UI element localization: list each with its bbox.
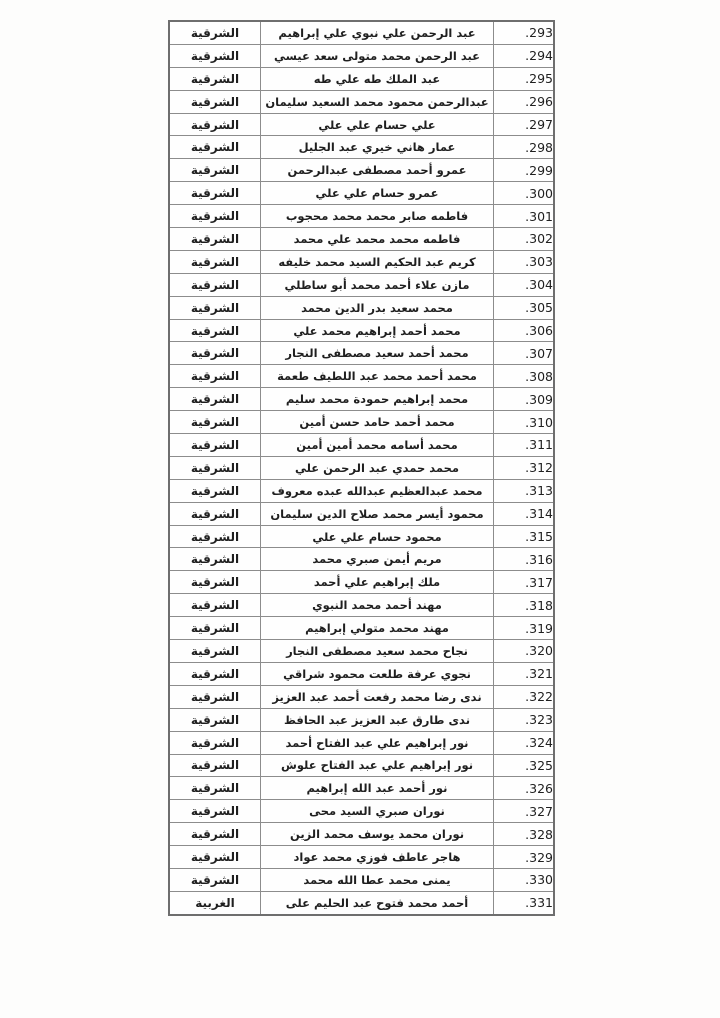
serial-number: .313 bbox=[494, 479, 555, 502]
person-name: نور إبراهيم علي عبد الفتاح أحمد bbox=[261, 731, 494, 754]
person-name: مهند أحمد محمد النبوي bbox=[261, 594, 494, 617]
governorate: الشرقية bbox=[169, 571, 261, 594]
person-name: عمار هاني خيري عبد الجليل bbox=[261, 136, 494, 159]
governorate: الشرقية bbox=[169, 823, 261, 846]
serial-number: .297 bbox=[494, 113, 555, 136]
person-name: مازن علاء أحمد محمد أبو ساطلي bbox=[261, 273, 494, 296]
governorate: الشرقية bbox=[169, 434, 261, 457]
serial-number: .293 bbox=[494, 21, 555, 44]
governorate: الشرقية bbox=[169, 250, 261, 273]
governorate: الشرقية bbox=[169, 868, 261, 891]
person-name: نوران صبري السيد محى bbox=[261, 800, 494, 823]
governorate: الغربية bbox=[169, 891, 261, 914]
serial-number: .314 bbox=[494, 502, 555, 525]
governorate: الشرقية bbox=[169, 136, 261, 159]
names-table: .293 عبد الرحمن علي نبوي علي إبراهيم الش… bbox=[168, 20, 555, 916]
serial-number: .322 bbox=[494, 685, 555, 708]
person-name: محمد أحمد إبراهيم محمد علي bbox=[261, 319, 494, 342]
table-row: .306 محمد أحمد إبراهيم محمد علي الشرقية bbox=[169, 319, 554, 342]
serial-number: .327 bbox=[494, 800, 555, 823]
serial-number: .301 bbox=[494, 205, 555, 228]
governorate: الشرقية bbox=[169, 67, 261, 90]
governorate: الشرقية bbox=[169, 777, 261, 800]
serial-number: .298 bbox=[494, 136, 555, 159]
serial-number: .300 bbox=[494, 182, 555, 205]
governorate: الشرقية bbox=[169, 502, 261, 525]
governorate: الشرقية bbox=[169, 594, 261, 617]
governorate: الشرقية bbox=[169, 182, 261, 205]
table-row: .302 فاطمه محمد محمد علي محمد الشرقية bbox=[169, 228, 554, 251]
table-row: .327 نوران صبري السيد محى الشرقية bbox=[169, 800, 554, 823]
table-row: .311 محمد أسامه محمد أمين أمين الشرقية bbox=[169, 434, 554, 457]
person-name: محمود أيسر محمد صلاح الدين سليمان bbox=[261, 502, 494, 525]
table-row: .299 عمرو أحمد مصطفى عبدالرحمن الشرقية bbox=[169, 159, 554, 182]
table-row: .298 عمار هاني خيري عبد الجليل الشرقية bbox=[169, 136, 554, 159]
table-row: .297 علي حسام علي علي الشرقية bbox=[169, 113, 554, 136]
person-name: عبد الرحمن محمد متولى سعد عيسي bbox=[261, 44, 494, 67]
serial-number: .296 bbox=[494, 90, 555, 113]
person-name: علي حسام علي علي bbox=[261, 113, 494, 136]
document-sheet: .293 عبد الرحمن علي نبوي علي إبراهيم الش… bbox=[0, 0, 720, 1018]
governorate: الشرقية bbox=[169, 479, 261, 502]
person-name: مريم أيمن صبري محمد bbox=[261, 548, 494, 571]
serial-number: .302 bbox=[494, 228, 555, 251]
serial-number: .328 bbox=[494, 823, 555, 846]
table-row: .309 محمد إبراهيم حمودة محمد سليم الشرقي… bbox=[169, 388, 554, 411]
table-row: .301 فاطمه صابر محمد محمد محجوب الشرقية bbox=[169, 205, 554, 228]
table-row: .319 مهند محمد متولي إبراهيم الشرقية bbox=[169, 617, 554, 640]
person-name: عبد الرحمن علي نبوي علي إبراهيم bbox=[261, 21, 494, 44]
table-row: .321 نجوي عرفة طلعت محمود شراقي الشرقية bbox=[169, 662, 554, 685]
person-name: محمد أحمد حامد حسن أمين bbox=[261, 411, 494, 434]
names-table-body: .293 عبد الرحمن علي نبوي علي إبراهيم الش… bbox=[169, 21, 554, 915]
person-name: نور أحمد عبد الله إبراهيم bbox=[261, 777, 494, 800]
person-name: محمد عبدالعظيم عبدالله عبده معروف bbox=[261, 479, 494, 502]
governorate: الشرقية bbox=[169, 846, 261, 869]
governorate: الشرقية bbox=[169, 640, 261, 663]
table-row: .303 كريم عبد الحكيم السيد محمد خليفه ال… bbox=[169, 250, 554, 273]
person-name: أحمد محمد فتوح عبد الحليم على bbox=[261, 891, 494, 914]
table-row: .317 ملك إبراهيم علي أحمد الشرقية bbox=[169, 571, 554, 594]
person-name: ندى طارق عبد العزيز عبد الحافظ bbox=[261, 708, 494, 731]
governorate: الشرقية bbox=[169, 296, 261, 319]
governorate: الشرقية bbox=[169, 685, 261, 708]
serial-number: .294 bbox=[494, 44, 555, 67]
table-row: .307 محمد أحمد سعيد مصطفى النجار الشرقية bbox=[169, 342, 554, 365]
table-row: .294 عبد الرحمن محمد متولى سعد عيسي الشر… bbox=[169, 44, 554, 67]
person-name: محمد إبراهيم حمودة محمد سليم bbox=[261, 388, 494, 411]
serial-number: .330 bbox=[494, 868, 555, 891]
table-row: .320 نجاح محمد سعيد مصطفى النجار الشرقية bbox=[169, 640, 554, 663]
person-name: ملك إبراهيم علي أحمد bbox=[261, 571, 494, 594]
serial-number: .311 bbox=[494, 434, 555, 457]
table-row: .316 مريم أيمن صبري محمد الشرقية bbox=[169, 548, 554, 571]
serial-number: .299 bbox=[494, 159, 555, 182]
table-row: .323 ندى طارق عبد العزيز عبد الحافظ الشر… bbox=[169, 708, 554, 731]
governorate: الشرقية bbox=[169, 228, 261, 251]
person-name: كريم عبد الحكيم السيد محمد خليفه bbox=[261, 250, 494, 273]
person-name: فاطمه صابر محمد محمد محجوب bbox=[261, 205, 494, 228]
serial-number: .305 bbox=[494, 296, 555, 319]
person-name: عمرو أحمد مصطفى عبدالرحمن bbox=[261, 159, 494, 182]
serial-number: .326 bbox=[494, 777, 555, 800]
serial-number: .308 bbox=[494, 365, 555, 388]
serial-number: .323 bbox=[494, 708, 555, 731]
governorate: الشرقية bbox=[169, 548, 261, 571]
person-name: محمد أحمد محمد عبد اللطيف طعمة bbox=[261, 365, 494, 388]
governorate: الشرقية bbox=[169, 159, 261, 182]
serial-number: .307 bbox=[494, 342, 555, 365]
table-row: .308 محمد أحمد محمد عبد اللطيف طعمة الشر… bbox=[169, 365, 554, 388]
serial-number: .325 bbox=[494, 754, 555, 777]
table-row: .330 يمنى محمد عطا الله محمد الشرقية bbox=[169, 868, 554, 891]
governorate: الشرقية bbox=[169, 617, 261, 640]
serial-number: .304 bbox=[494, 273, 555, 296]
table-row: .322 ندى رضا محمد رفعت أحمد عبد العزيز ا… bbox=[169, 685, 554, 708]
serial-number: .320 bbox=[494, 640, 555, 663]
person-name: يمنى محمد عطا الله محمد bbox=[261, 868, 494, 891]
governorate: الشرقية bbox=[169, 754, 261, 777]
table-row: .318 مهند أحمد محمد النبوي الشرقية bbox=[169, 594, 554, 617]
governorate: الشرقية bbox=[169, 365, 261, 388]
table-row: .300 عمرو حسام علي علي الشرقية bbox=[169, 182, 554, 205]
table-row: .325 نور إبراهيم علي عبد الفتاح علوش الش… bbox=[169, 754, 554, 777]
serial-number: .306 bbox=[494, 319, 555, 342]
table-row: .304 مازن علاء أحمد محمد أبو ساطلي الشرق… bbox=[169, 273, 554, 296]
governorate: الشرقية bbox=[169, 456, 261, 479]
table-row: .313 محمد عبدالعظيم عبدالله عبده معروف ا… bbox=[169, 479, 554, 502]
governorate: الشرقية bbox=[169, 44, 261, 67]
governorate: الشرقية bbox=[169, 525, 261, 548]
person-name: نجوي عرفة طلعت محمود شراقي bbox=[261, 662, 494, 685]
serial-number: .310 bbox=[494, 411, 555, 434]
table-row: .331 أحمد محمد فتوح عبد الحليم على الغرب… bbox=[169, 891, 554, 914]
person-name: عمرو حسام علي علي bbox=[261, 182, 494, 205]
serial-number: .316 bbox=[494, 548, 555, 571]
table-row: .314 محمود أيسر محمد صلاح الدين سليمان ا… bbox=[169, 502, 554, 525]
table-row: .315 محمود حسام علي علي الشرقية bbox=[169, 525, 554, 548]
serial-number: .324 bbox=[494, 731, 555, 754]
governorate: الشرقية bbox=[169, 388, 261, 411]
table-row: .310 محمد أحمد حامد حسن أمين الشرقية bbox=[169, 411, 554, 434]
serial-number: .331 bbox=[494, 891, 555, 914]
person-name: فاطمه محمد محمد علي محمد bbox=[261, 228, 494, 251]
table-row: .324 نور إبراهيم علي عبد الفتاح أحمد الش… bbox=[169, 731, 554, 754]
table-row: .296 عبدالرحمن محمود محمد السعيد سليمان … bbox=[169, 90, 554, 113]
serial-number: .303 bbox=[494, 250, 555, 273]
serial-number: .329 bbox=[494, 846, 555, 869]
governorate: الشرقية bbox=[169, 205, 261, 228]
person-name: نجاح محمد سعيد مصطفى النجار bbox=[261, 640, 494, 663]
serial-number: .321 bbox=[494, 662, 555, 685]
table-row: .295 عبد الملك طه علي طه الشرقية bbox=[169, 67, 554, 90]
person-name: محمود حسام علي علي bbox=[261, 525, 494, 548]
person-name: نوران محمد يوسف محمد الزين bbox=[261, 823, 494, 846]
person-name: محمد أسامه محمد أمين أمين bbox=[261, 434, 494, 457]
governorate: الشرقية bbox=[169, 411, 261, 434]
governorate: الشرقية bbox=[169, 800, 261, 823]
serial-number: .315 bbox=[494, 525, 555, 548]
person-name: عبدالرحمن محمود محمد السعيد سليمان bbox=[261, 90, 494, 113]
person-name: محمد أحمد سعيد مصطفى النجار bbox=[261, 342, 494, 365]
person-name: محمد حمدي عبد الرحمن علي bbox=[261, 456, 494, 479]
serial-number: .318 bbox=[494, 594, 555, 617]
governorate: الشرقية bbox=[169, 273, 261, 296]
governorate: الشرقية bbox=[169, 662, 261, 685]
table-row: .329 هاجر عاطف فوزي محمد عواد الشرقية bbox=[169, 846, 554, 869]
governorate: الشرقية bbox=[169, 90, 261, 113]
table-row: .328 نوران محمد يوسف محمد الزين الشرقية bbox=[169, 823, 554, 846]
person-name: هاجر عاطف فوزي محمد عواد bbox=[261, 846, 494, 869]
table-row: .293 عبد الرحمن علي نبوي علي إبراهيم الش… bbox=[169, 21, 554, 44]
table-row: .305 محمد سعيد بدر الدين محمد الشرقية bbox=[169, 296, 554, 319]
serial-number: .312 bbox=[494, 456, 555, 479]
person-name: نور إبراهيم علي عبد الفتاح علوش bbox=[261, 754, 494, 777]
table-row: .312 محمد حمدي عبد الرحمن علي الشرقية bbox=[169, 456, 554, 479]
governorate: الشرقية bbox=[169, 21, 261, 44]
governorate: الشرقية bbox=[169, 319, 261, 342]
person-name: عبد الملك طه علي طه bbox=[261, 67, 494, 90]
governorate: الشرقية bbox=[169, 708, 261, 731]
serial-number: .317 bbox=[494, 571, 555, 594]
person-name: محمد سعيد بدر الدين محمد bbox=[261, 296, 494, 319]
table-row: .326 نور أحمد عبد الله إبراهيم الشرقية bbox=[169, 777, 554, 800]
governorate: الشرقية bbox=[169, 113, 261, 136]
person-name: ندى رضا محمد رفعت أحمد عبد العزيز bbox=[261, 685, 494, 708]
person-name: مهند محمد متولي إبراهيم bbox=[261, 617, 494, 640]
serial-number: .319 bbox=[494, 617, 555, 640]
governorate: الشرقية bbox=[169, 731, 261, 754]
governorate: الشرقية bbox=[169, 342, 261, 365]
serial-number: .295 bbox=[494, 67, 555, 90]
serial-number: .309 bbox=[494, 388, 555, 411]
